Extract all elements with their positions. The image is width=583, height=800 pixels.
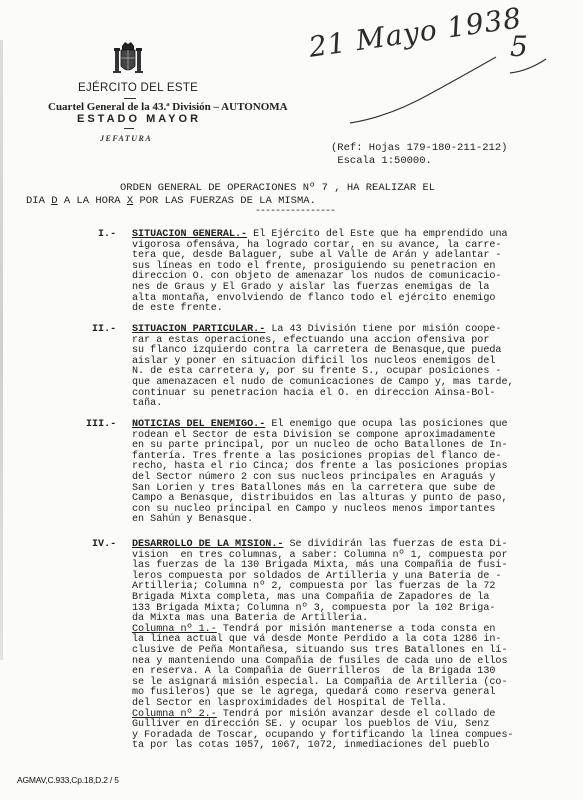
column-line: ta por las cotas 1057, 1067, 1072, inmed… xyxy=(132,741,582,752)
section-heading: NOTICIAS DEL ENEMIGO.- xyxy=(132,419,265,430)
section-4: IV.-DESARROLLO DE LA MISION.- Se dividir… xyxy=(132,540,582,752)
text: A LA HORA xyxy=(58,195,127,207)
section-line: taña. xyxy=(132,399,582,410)
section-number: II.- xyxy=(92,325,116,336)
column-text: Tendrá por misión avanzar desde el colla… xyxy=(217,709,496,720)
section-line: del Sector número 2 con sus nucleos prin… xyxy=(132,473,582,484)
section-line: continuar su penetracion hacia el O. en … xyxy=(132,389,582,400)
section-text: El Ejército del Este que ha emprendido u… xyxy=(247,229,507,240)
section-first-line: SITUACION PARTICULAR.- La 43 División ti… xyxy=(132,325,582,336)
page-edge-shadow xyxy=(0,40,3,660)
section-line: Brigada Mixta completa, mas una Compañia… xyxy=(132,593,582,604)
title-separator: ---------------- xyxy=(255,206,335,217)
section-2: II.-SITUACION PARTICULAR.- La 43 Divisió… xyxy=(132,325,582,410)
section-first-line: SITUACION GENERAL.- El Ejército del Este… xyxy=(132,230,582,241)
section-text: Se dividirán las fuerzas de esta Di- xyxy=(283,539,507,550)
section-text: El enemigo que ocupa las posiciones que xyxy=(265,419,507,430)
section-number: I.- xyxy=(98,230,116,241)
section-line: de este frente. xyxy=(132,304,582,315)
section-line: nes de Graus y El Grado y aislar las fue… xyxy=(132,283,582,294)
section-text: La 43 División tiene por misión coope- xyxy=(265,324,501,335)
section-heading: SITUACION GENERAL.- xyxy=(132,229,247,240)
order-title-line1: ORDEN GENERAL DE OPERACIONES Nº 7 , HA R… xyxy=(120,182,435,194)
reference-block: (Ref: Hojas 179-180-211-212) Escala 1:50… xyxy=(331,142,507,168)
section-3: III.-NOTICIAS DEL ENEMIGO.- El enemigo q… xyxy=(132,420,582,526)
section-first-line: NOTICIAS DEL ENEMIGO.- El enemigo que oc… xyxy=(132,420,582,431)
department-name: JEFATURA xyxy=(100,134,152,143)
headquarters-line: Cuartel General de la 43.ª División – AU… xyxy=(48,101,288,113)
letterhead-rule xyxy=(124,98,136,99)
section-number: IV.- xyxy=(92,540,116,551)
order-title: ORDEN GENERAL DE OPERACIONES Nº 7 , HA R… xyxy=(120,182,435,208)
map-scale: Escala 1:50000. xyxy=(337,155,432,167)
army-name: EJÉRCITO DEL ESTE xyxy=(78,82,198,94)
section-line: que amenazacen el nudo de comunicaciones… xyxy=(132,378,582,389)
handwritten-underline-stroke xyxy=(348,55,498,125)
coat-of-arms-icon xyxy=(113,40,143,76)
letterhead-rule xyxy=(124,128,134,129)
map-sheets-ref: (Ref: Hojas 179-180-211-212) xyxy=(331,142,507,154)
section-line: en Sahún y Benasque. xyxy=(132,515,582,526)
column-heading: Columna nº 2.- xyxy=(132,709,217,720)
section-heading: SITUACION PARTICULAR.- xyxy=(132,324,265,335)
section-first-line: DESARROLLO DE LA MISION.- Se dividirán l… xyxy=(132,540,582,551)
section-1: I.-SITUACION GENERAL.- El Ejército del E… xyxy=(132,230,582,315)
archive-reference: AGMAV,C.933,Cp.18,D.2 / 5 xyxy=(17,775,119,785)
handwritten-page-underline xyxy=(508,55,548,75)
staff-name: ESTADO MAYOR xyxy=(77,113,201,125)
section-heading: DESARROLLO DE LA MISION.- xyxy=(132,539,283,550)
column-line: clusive de Peña Montañesa, situando sus … xyxy=(132,646,582,657)
section-number: III.- xyxy=(86,420,116,431)
text: DIA xyxy=(26,195,51,207)
